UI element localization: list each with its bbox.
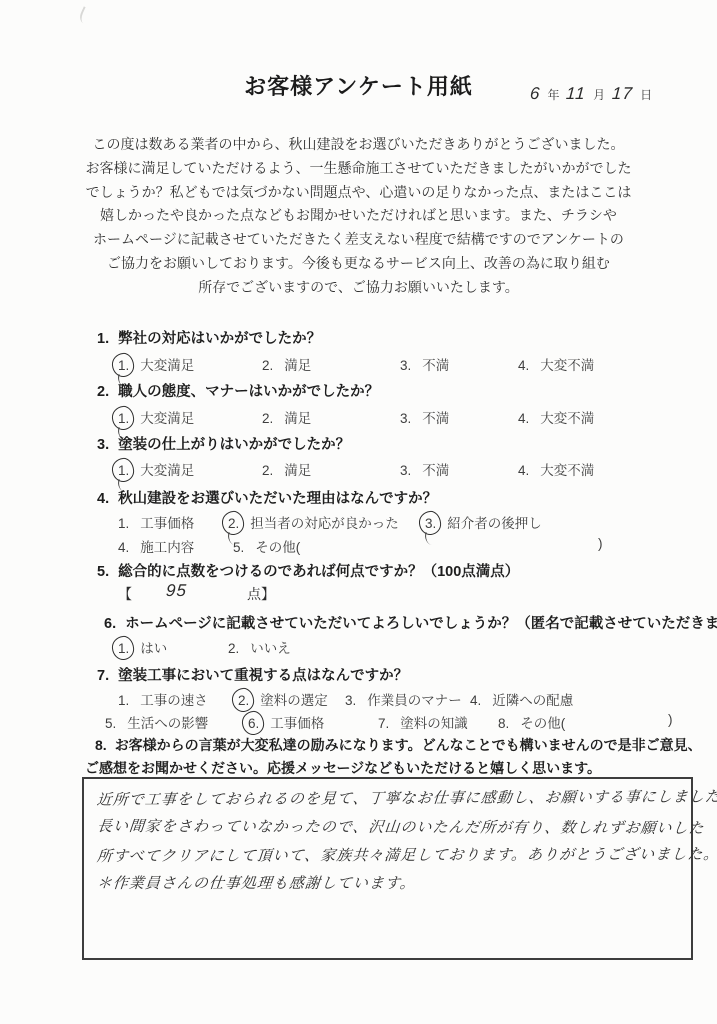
q1-option-1: 1.大変満足: [118, 354, 194, 374]
option-number: 4.: [470, 693, 481, 708]
option-number: 4.: [118, 540, 129, 555]
comment-line: 所すべてクリアにして頂いて、家族共々満足しております。ありがとうございました。: [96, 843, 717, 866]
q4-text: 秋山建設をお選びいただいた理由はなんですか？: [118, 491, 437, 507]
comment-box: 近所で工事をしておられるのを見て、丁寧なお仕事に感動し、お願いする事にしました。…: [82, 777, 693, 960]
q1-option-3: 3.不満: [400, 354, 449, 374]
option-number: 2.: [262, 463, 273, 478]
q2-option-1: 1.大変満足: [118, 407, 194, 427]
option-label: はい: [140, 637, 167, 657]
q3-option-1: 1.大変満足: [118, 459, 194, 479]
q4-option-2: 2.担当者の対応が良かった: [228, 512, 399, 532]
scan-artifact: [77, 6, 94, 25]
q4-number: 4.: [97, 491, 109, 507]
option-number: 6.: [248, 716, 259, 731]
option-number: 2.: [228, 641, 239, 656]
option-label: 満足: [284, 459, 311, 479]
q4-close-paren: ): [598, 536, 603, 551]
q6-text: ホームページに記載させていただいてよろしいでしょうか？（匿名で記載させていただき…: [125, 616, 717, 632]
option-number: 4.: [518, 411, 529, 426]
q7-close-paren: ): [668, 712, 673, 727]
option-label: 施工内容: [140, 536, 194, 556]
q2-number: 2.: [97, 384, 109, 400]
option-label: 大変不満: [540, 354, 594, 374]
q6-header: 6.ホームページに記載させていただいてよろしいでしょうか？（匿名で記載させていた…: [104, 612, 717, 633]
q7-option-4: 4.近隣への配慮: [470, 689, 573, 709]
intro-line: お客様に満足していただけるよう、一生懸命施工させていただきましたがいかがでした: [0, 157, 717, 181]
intro-line: この度は数ある業者の中から、秋山建設をお選びいただきありがとうございました。: [0, 133, 717, 157]
q1-text: 弊社の対応はいかがでしたか？: [118, 331, 321, 347]
intro-line: ご協力をお願いしております。今後も更なるサービス向上、改善の為に取り組む: [0, 252, 717, 276]
option-number: 2.: [262, 411, 273, 426]
option-number: 4.: [518, 463, 529, 478]
option-label: 大変不満: [540, 459, 594, 479]
option-label: 満足: [284, 354, 311, 374]
option-number: 5.: [105, 716, 116, 731]
q3-option-2: 2.満足: [262, 459, 311, 479]
option-number: 1.: [118, 358, 129, 373]
option-number: 3.: [425, 516, 436, 531]
q1-number: 1.: [97, 331, 109, 347]
q7-option-8: 8.その他(: [498, 712, 565, 732]
option-label: 担当者の対応が良かった: [250, 512, 399, 532]
option-label: 不満: [422, 407, 449, 427]
q8-text-line1: お客様からの言葉が大変私達の励みになります。どんなことでも構いませんので是非ご意…: [115, 737, 702, 753]
q7-text: 塗装工事において重視する点はなんですか？: [118, 668, 408, 684]
option-number: 1.: [118, 463, 129, 478]
option-number: 1.: [118, 411, 129, 426]
q1-option-4: 4.大変不満: [518, 354, 594, 374]
q6-number: 6.: [104, 616, 116, 632]
date-year-label: 年: [547, 86, 559, 103]
q3-number: 3.: [97, 437, 109, 453]
q1-header: 1.弊社の対応はいかがでしたか？: [97, 327, 321, 348]
q8-header-line1: 8.お客様からの言葉が大変私達の励みになります。どんなことでも構いませんので是非…: [95, 735, 702, 755]
q8-header-line2: ご感想をお聞かせください。応援メッセージなどもいただけると嬉しく思います。: [85, 758, 601, 778]
date-year-value: 6: [529, 84, 541, 104]
q7-option-1: 1.工事の速さ: [118, 689, 208, 709]
q3-header: 3.塗装の仕上がりはいかがでしたか？: [97, 433, 350, 454]
option-label: 工事価格: [270, 712, 324, 732]
option-label: 紹介者の後押し: [447, 512, 542, 532]
intro-line: 所存でございますので、ご協力お願いいたします。: [0, 276, 717, 300]
q5-header: 5.総合的に点数をつけるのであれば何点ですか？（100点満点）: [97, 560, 519, 581]
survey-page: お客様アンケート用紙 6 年 11 月 17 日 この度は数ある業者の中から、秋…: [0, 0, 717, 1024]
score-bracket-close: 点】: [247, 584, 275, 604]
option-number: 7.: [378, 716, 389, 731]
q2-option-2: 2.満足: [262, 407, 311, 427]
intro-line: でしょうか？私どもでは気づかない問題点や、心遣いの足りなかった点、またはここは: [0, 181, 717, 205]
intro-paragraph: この度は数ある業者の中から、秋山建設をお選びいただきありがとうございました。 お…: [0, 133, 717, 300]
q4-option-1: 1.工事価格: [118, 512, 194, 532]
q7-header: 7.塗装工事において重視する点はなんですか？: [97, 664, 408, 685]
q2-header: 2.職人の態度、マナーはいかがでしたか？: [97, 380, 379, 401]
q3-option-4: 4.大変不満: [518, 459, 594, 479]
date-month-value: 11: [566, 84, 587, 104]
score-value: 95: [165, 581, 187, 601]
q6-option-1: 1.はい: [118, 637, 167, 657]
q2-option-4: 4.大変不満: [518, 407, 594, 427]
option-label: 大変満足: [140, 354, 194, 374]
q7-number: 7.: [97, 668, 109, 684]
q1-option-2: 2.満足: [262, 354, 311, 374]
option-label: 工事の速さ: [140, 689, 208, 709]
option-label: 大変不満: [540, 407, 594, 427]
q6-option-2: 2.いいえ: [228, 637, 291, 657]
option-label: 近隣への配慮: [492, 689, 573, 709]
comment-line: ＊作業員さんの仕事処理も感謝しています。: [96, 872, 417, 893]
date-day-value: 17: [611, 84, 633, 104]
q2-option-3: 3.不満: [400, 407, 449, 427]
option-label: 塗料の選定: [260, 689, 328, 709]
option-label: 工事価格: [140, 512, 194, 532]
intro-line: ホームページに記載させていただきたく差支えない程度で結構ですのでアンケートの: [0, 228, 717, 252]
option-label: 作業員のマナー: [367, 689, 462, 709]
q8-number: 8.: [95, 737, 107, 753]
date-field: 6 年 11 月 17 日: [530, 84, 652, 104]
option-label: 大変満足: [140, 407, 194, 427]
option-label: 不満: [422, 354, 449, 374]
option-number: 3.: [400, 358, 411, 373]
option-label: いいえ: [250, 637, 291, 657]
q2-text: 職人の態度、マナーはいかがでしたか？: [118, 384, 379, 400]
option-number: 3.: [400, 411, 411, 426]
comment-line: 長い間家をさわっていなかったので、沢山のいたんだ所が有り、数しれずお願いした: [96, 815, 705, 838]
option-number: 8.: [498, 716, 509, 731]
option-number: 5.: [233, 540, 244, 555]
q7-option-3: 3.作業員のマナー: [345, 689, 462, 709]
intro-line: 嬉しかったや良かった点などもお聞かせいただければと思います。また、チラシや: [0, 204, 717, 228]
option-label: 生活への影響: [127, 712, 208, 732]
comment-line: 近所で工事をしておられるのを見て、丁寧なお仕事に感動し、お願いする事にしました。: [96, 785, 717, 809]
date-day-label: 日: [640, 86, 652, 103]
option-number: 1.: [118, 641, 129, 656]
q7-option-6: 6.工事価格: [248, 712, 324, 732]
option-label: その他(: [520, 712, 565, 732]
q4-option-3: 3.紹介者の後押し: [425, 512, 542, 532]
q7-option-7: 7.塗料の知識: [378, 712, 468, 732]
option-label: 満足: [284, 407, 311, 427]
q4-option-4: 4.施工内容: [118, 536, 194, 556]
option-number: 3.: [345, 693, 356, 708]
option-number: 2.: [262, 358, 273, 373]
q5-text: 総合的に点数をつけるのであれば何点ですか？（100点満点）: [118, 564, 519, 580]
option-number: 4.: [518, 358, 529, 373]
score-bracket-open: 【: [118, 584, 132, 604]
option-label: 大変満足: [140, 459, 194, 479]
option-number: 2.: [228, 516, 239, 531]
option-number: 2.: [238, 693, 249, 708]
q3-option-3: 3.不満: [400, 459, 449, 479]
q4-option-5: 5.その他(: [233, 536, 300, 556]
q4-header: 4.秋山建設をお選びいただいた理由はなんですか？: [97, 487, 437, 508]
option-number: 1.: [118, 516, 129, 531]
option-label: 不満: [422, 459, 449, 479]
date-month-label: 月: [593, 86, 605, 103]
q3-text: 塗装の仕上がりはいかがでしたか？: [118, 437, 350, 453]
q7-option-2: 2.塗料の選定: [238, 689, 328, 709]
option-label: 塗料の知識: [400, 712, 468, 732]
option-label: その他(: [255, 536, 300, 556]
q7-option-5: 5.生活への影響: [105, 712, 208, 732]
option-number: 3.: [400, 463, 411, 478]
option-number: 1.: [118, 693, 129, 708]
q5-number: 5.: [97, 564, 109, 580]
